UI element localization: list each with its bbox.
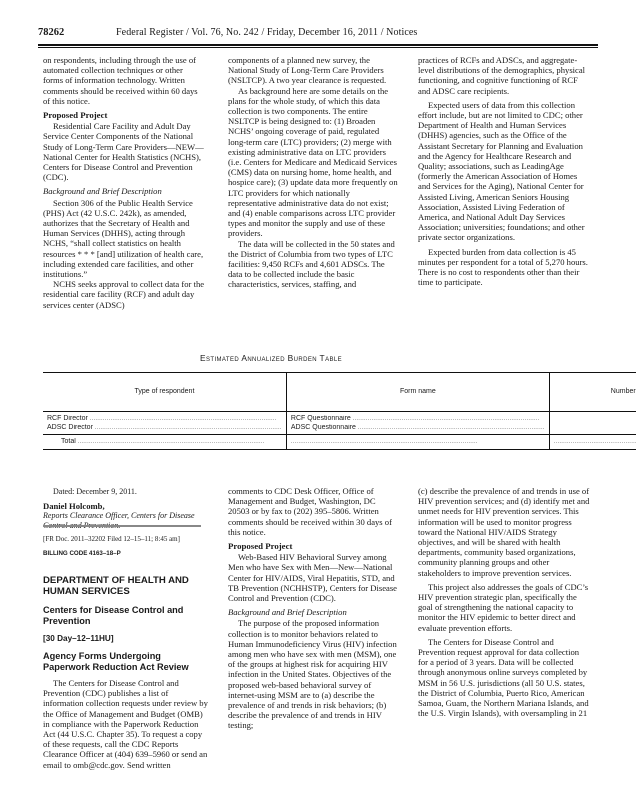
- column-header: Form name: [286, 373, 549, 412]
- respondents-value: 2,301: [554, 424, 636, 433]
- docket-number: [30 Day–12–11HU]: [43, 634, 208, 644]
- column-header: Type of respondent: [43, 373, 286, 412]
- table-title: Estimated Annualized Burden Table: [200, 353, 342, 363]
- signer-title: Reports Clearance Officer, Centers for D…: [43, 511, 208, 530]
- notice-title: Agency Forms Undergoing Paperwork Reduct…: [43, 651, 208, 673]
- subagency-heading: Centers for Disease Control and Preventi…: [43, 605, 208, 627]
- background-heading: Background and Brief Description: [228, 607, 398, 617]
- header-rule-thin: [38, 47, 598, 48]
- total-label: Total: [61, 438, 76, 445]
- agency-heading: DEPARTMENT OF HEALTH AND HUMAN SERVICES: [43, 575, 208, 597]
- dated-line: Dated: December 9, 2011.: [43, 487, 208, 497]
- form-name: RCF Questionnaire ......................…: [291, 415, 545, 424]
- billing-code: BILLING CODE 4163–18–P: [43, 549, 208, 559]
- body-paragraph: This project also addresses the goals of…: [418, 582, 590, 633]
- respondent-type: ADSC Director ..........................…: [47, 424, 282, 433]
- top-column-2: components of a planned new survey, the …: [228, 55, 398, 290]
- background-paragraph: NCHS seeks approval to collect data for …: [43, 279, 205, 310]
- table-header-row: Type of respondent Form name Number of r…: [43, 373, 636, 412]
- respondents-cell: 4,725 2,301: [549, 412, 636, 435]
- proposed-project-heading: Proposed Project: [43, 110, 205, 120]
- bottom-column-1: Dated: December 9, 2011. Daniel Holcomb,…: [43, 487, 208, 770]
- total-row: Total ..................................…: [43, 435, 636, 450]
- column-header: Number of respondents: [549, 373, 636, 412]
- body-paragraph: components of a planned new survey, the …: [228, 55, 398, 86]
- leader-cell: ........................................…: [286, 435, 549, 450]
- header-rule-thick: [38, 44, 598, 46]
- bottom-column-3: (c) describe the prevalence of and trend…: [418, 486, 590, 718]
- body-paragraph: The Centers for Disease Control and Prev…: [418, 637, 590, 719]
- page-header: 78262 Federal Register / Vol. 76, No. 24…: [38, 27, 598, 41]
- top-column-1: on respondents, including through the us…: [43, 55, 205, 310]
- body-paragraph: (c) describe the prevalence of and trend…: [418, 486, 590, 578]
- background-heading: Background and Brief Description: [43, 186, 205, 196]
- body-paragraph: Expected users of data from this collect…: [418, 100, 590, 243]
- background-paragraph: The purpose of the proposed information …: [228, 618, 398, 730]
- respondent-cell: RCF Director ...........................…: [43, 412, 286, 435]
- page-number: 78262: [38, 27, 64, 38]
- bottom-column-2: comments to CDC Desk Officer, Office of …: [228, 486, 398, 731]
- proposed-project-heading: Proposed Project: [228, 541, 398, 551]
- intro-paragraph: on respondents, including through the us…: [43, 55, 205, 106]
- form-name: ADSC Questionnaire .....................…: [291, 424, 545, 433]
- background-paragraph: Section 306 of the Public Health Service…: [43, 198, 205, 280]
- burden-table: Type of respondent Form name Number of r…: [43, 372, 636, 450]
- section-divider: [43, 525, 201, 527]
- top-column-3: practices of RCFs and ADSCs, and aggrega…: [418, 55, 590, 287]
- respondent-type: RCF Director ...........................…: [47, 415, 282, 424]
- body-paragraph: practices of RCFs and ADSCs, and aggrega…: [418, 55, 590, 96]
- body-paragraph: The data will be collected in the 50 sta…: [228, 239, 398, 290]
- table-row: RCF Director ...........................…: [43, 412, 636, 435]
- form-cell: RCF Questionnaire ......................…: [286, 412, 549, 435]
- body-paragraph: comments to CDC Desk Officer, Office of …: [228, 486, 398, 537]
- total-label-cell: Total ..................................…: [43, 435, 286, 450]
- leader-cell: ........................................…: [549, 435, 636, 450]
- running-head: Federal Register / Vol. 76, No. 242 / Fr…: [116, 27, 417, 38]
- respondents-value: 4,725: [554, 415, 636, 424]
- project-title: Web-Based HIV Behavioral Survey among Me…: [228, 552, 398, 603]
- fr-doc-line: [FR Doc. 2011–32202 Filed 12–15–11; 8:45…: [43, 534, 208, 544]
- body-paragraph: The Centers for Disease Control and Prev…: [43, 678, 208, 770]
- body-paragraph: Expected burden from data collection is …: [418, 247, 590, 288]
- body-paragraph: As background here are some details on t…: [228, 86, 398, 239]
- project-title: Residential Care Facility and Adult Day …: [43, 121, 205, 182]
- signer-name: Daniel Holcomb,: [43, 501, 208, 511]
